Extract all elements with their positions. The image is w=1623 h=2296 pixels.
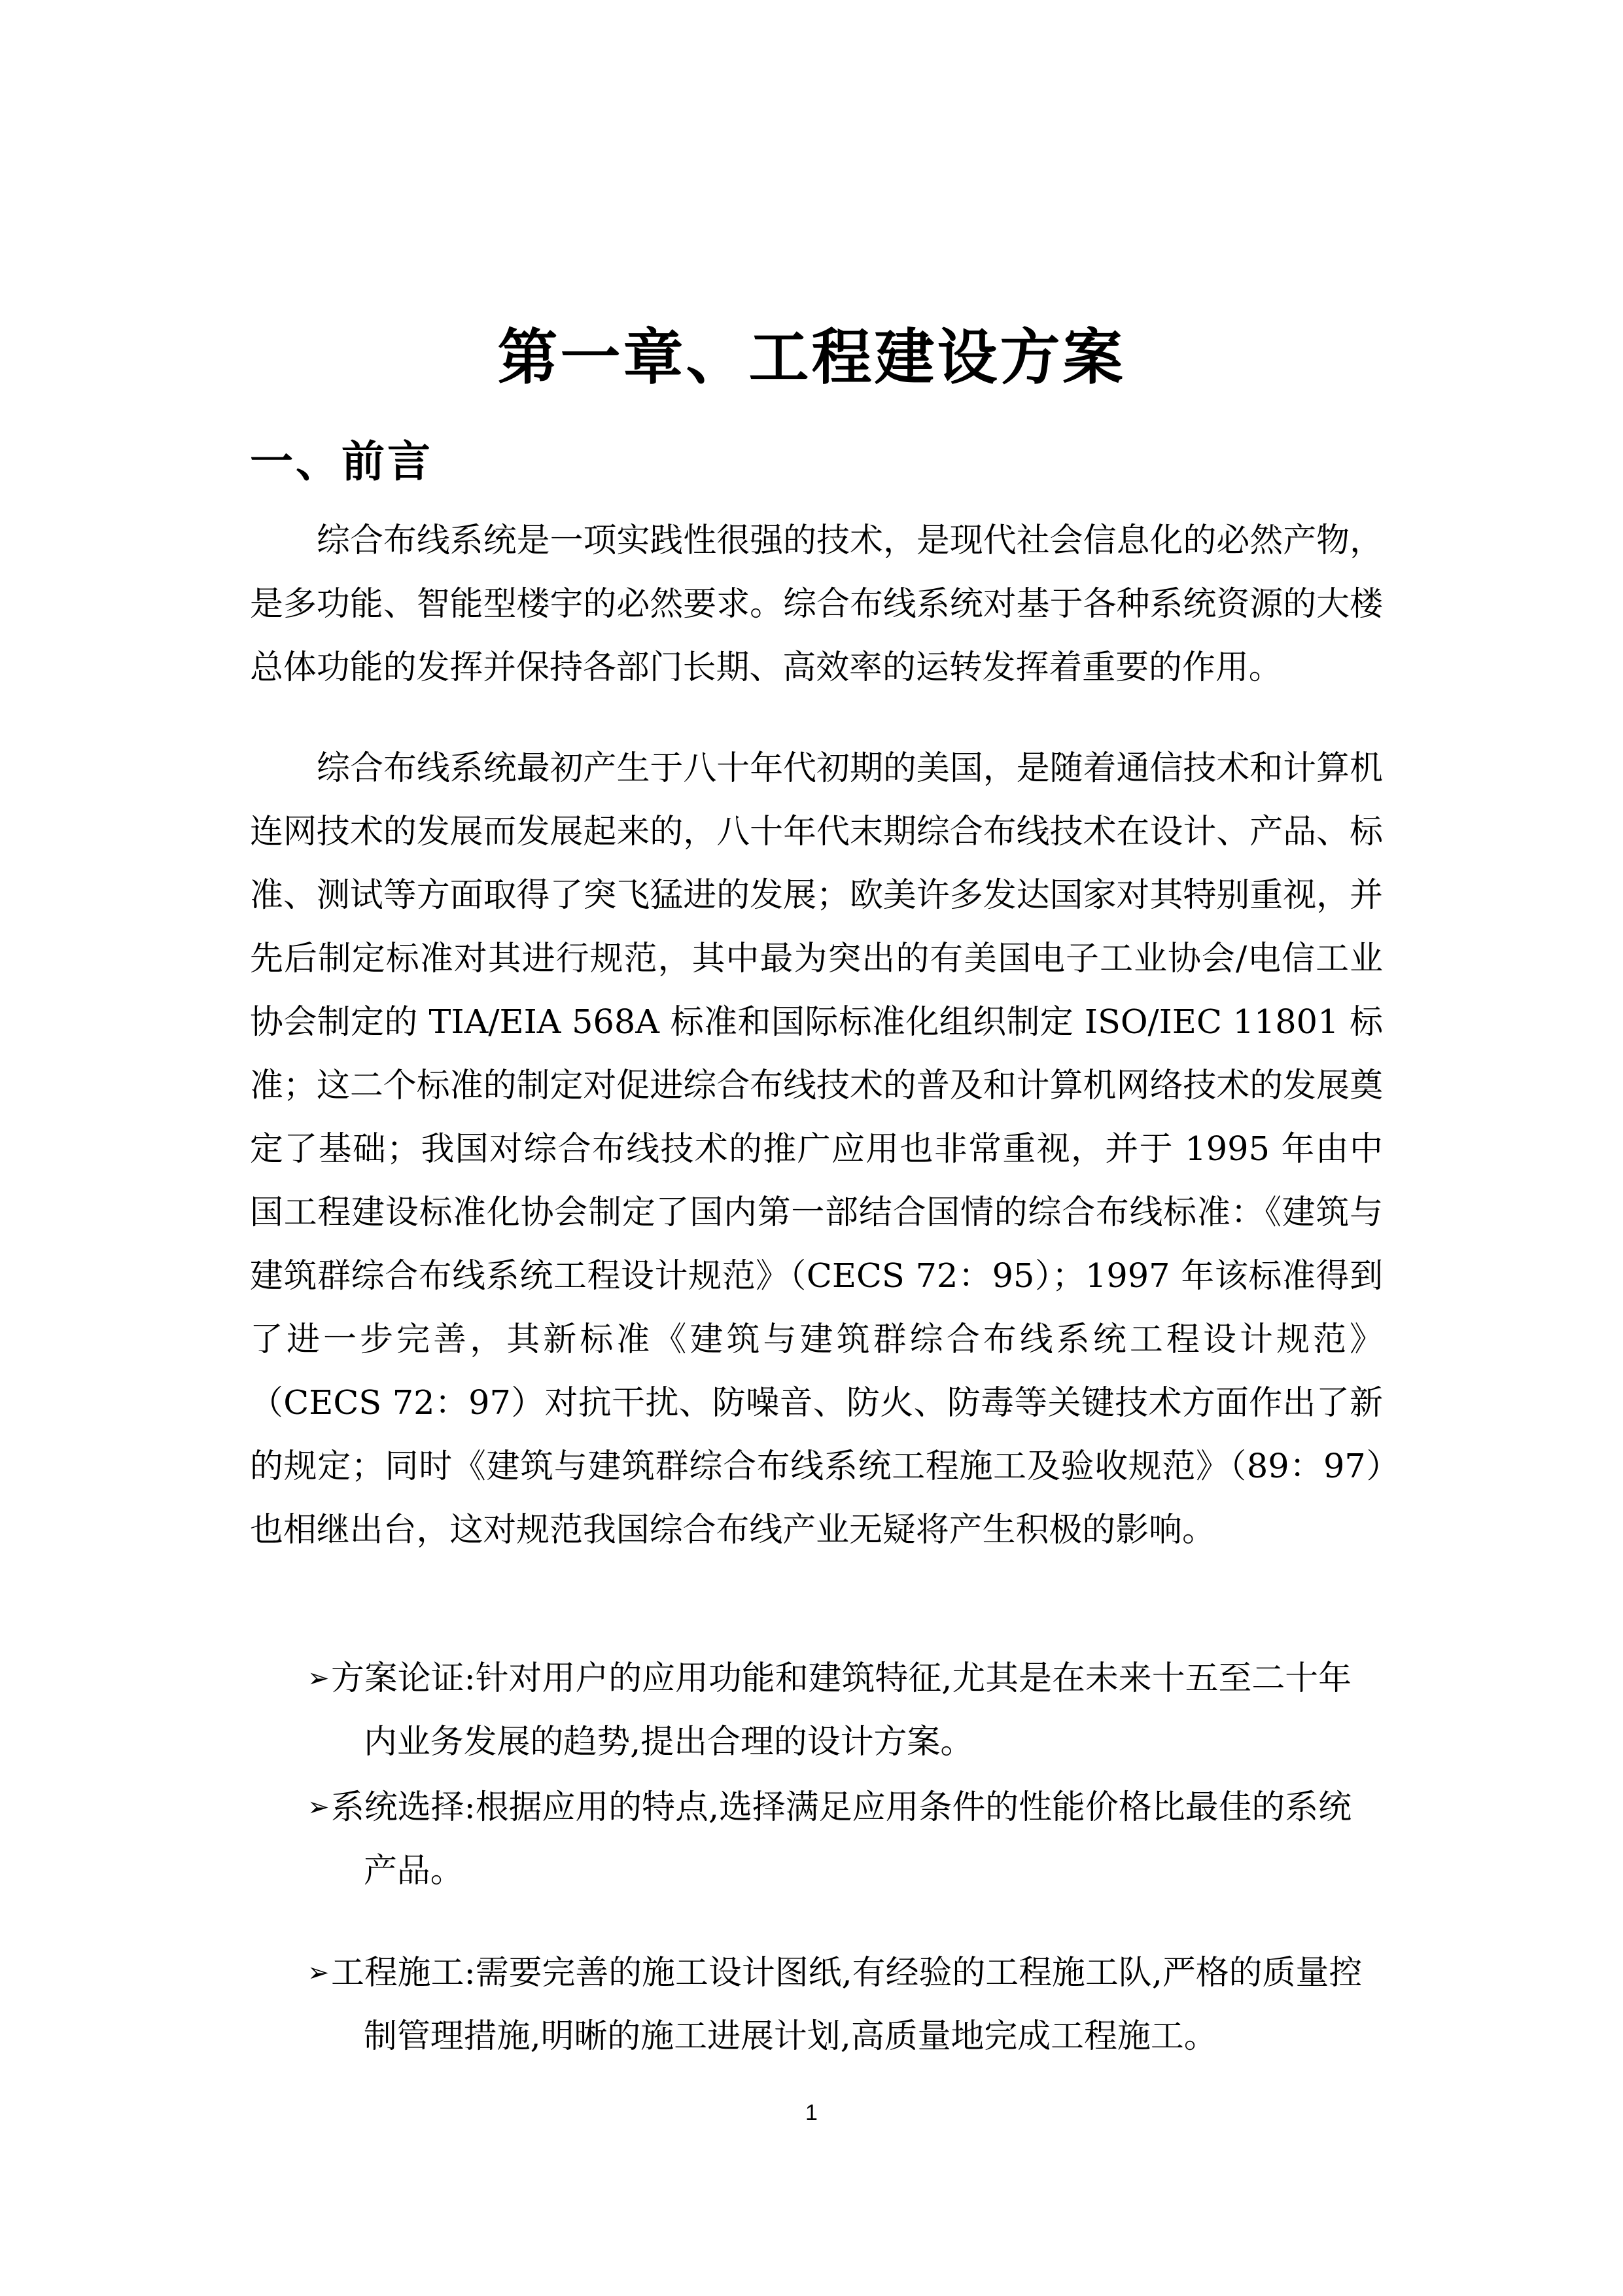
paragraph-text: 综合布线系统最初产生于八十年代初期的美国，是随着通信技术和计算机连网技术的发展而… [250, 749, 1383, 1549]
arrow-bullet-icon: ➢ [307, 1647, 331, 1710]
bullet-text: 工程施工:需要完善的施工设计图纸,有经验的工程施工队,严格的质量控 [331, 1954, 1362, 1992]
paragraph-text: 综合布线系统是一项实践性很强的技术，是现代社会信息化的必然产物，是多功能、智能型… [250, 521, 1383, 687]
bullet-text: 方案论证:针对用户的应用功能和建筑特征,尤其是在未来十五至二十年 [331, 1659, 1352, 1698]
paragraph-intro: 综合布线系统是一项实践性很强的技术，是现代社会信息化的必然产物，是多功能、智能型… [250, 509, 1383, 699]
bullet-item-system-selection: ➢系统选择:根据应用的特点,选择满足应用条件的性能价格比最佳的系统 产品。 [307, 1776, 1383, 1903]
bullet-text-continued: 制管理措施,明晰的施工进展计划,高质量地完成工程施工。 [307, 2005, 1383, 2068]
page-number: 1 [0, 2100, 1623, 2126]
bullet-text-continued: 产品。 [307, 1839, 1383, 1903]
bullet-item-solution: ➢方案论证:针对用户的应用功能和建筑特征,尤其是在未来十五至二十年 内业务发展的… [307, 1647, 1383, 1774]
paragraph-history: 综合布线系统最初产生于八十年代初期的美国，是随着通信技术和计算机连网技术的发展而… [250, 737, 1383, 1562]
bullet-text-continued: 内业务发展的趋势,提出合理的设计方案。 [307, 1710, 1383, 1774]
section-heading: 一、前言 [250, 432, 433, 491]
arrow-bullet-icon: ➢ [307, 1776, 331, 1839]
page-title: 第一章、工程建设方案 [0, 319, 1623, 397]
arrow-bullet-icon: ➢ [307, 1941, 331, 2005]
bullet-text: 系统选择:根据应用的特点,选择满足应用条件的性能价格比最佳的系统 [331, 1788, 1352, 1827]
bullet-item-construction: ➢工程施工:需要完善的施工设计图纸,有经验的工程施工队,严格的质量控 制管理措施… [307, 1941, 1383, 2068]
